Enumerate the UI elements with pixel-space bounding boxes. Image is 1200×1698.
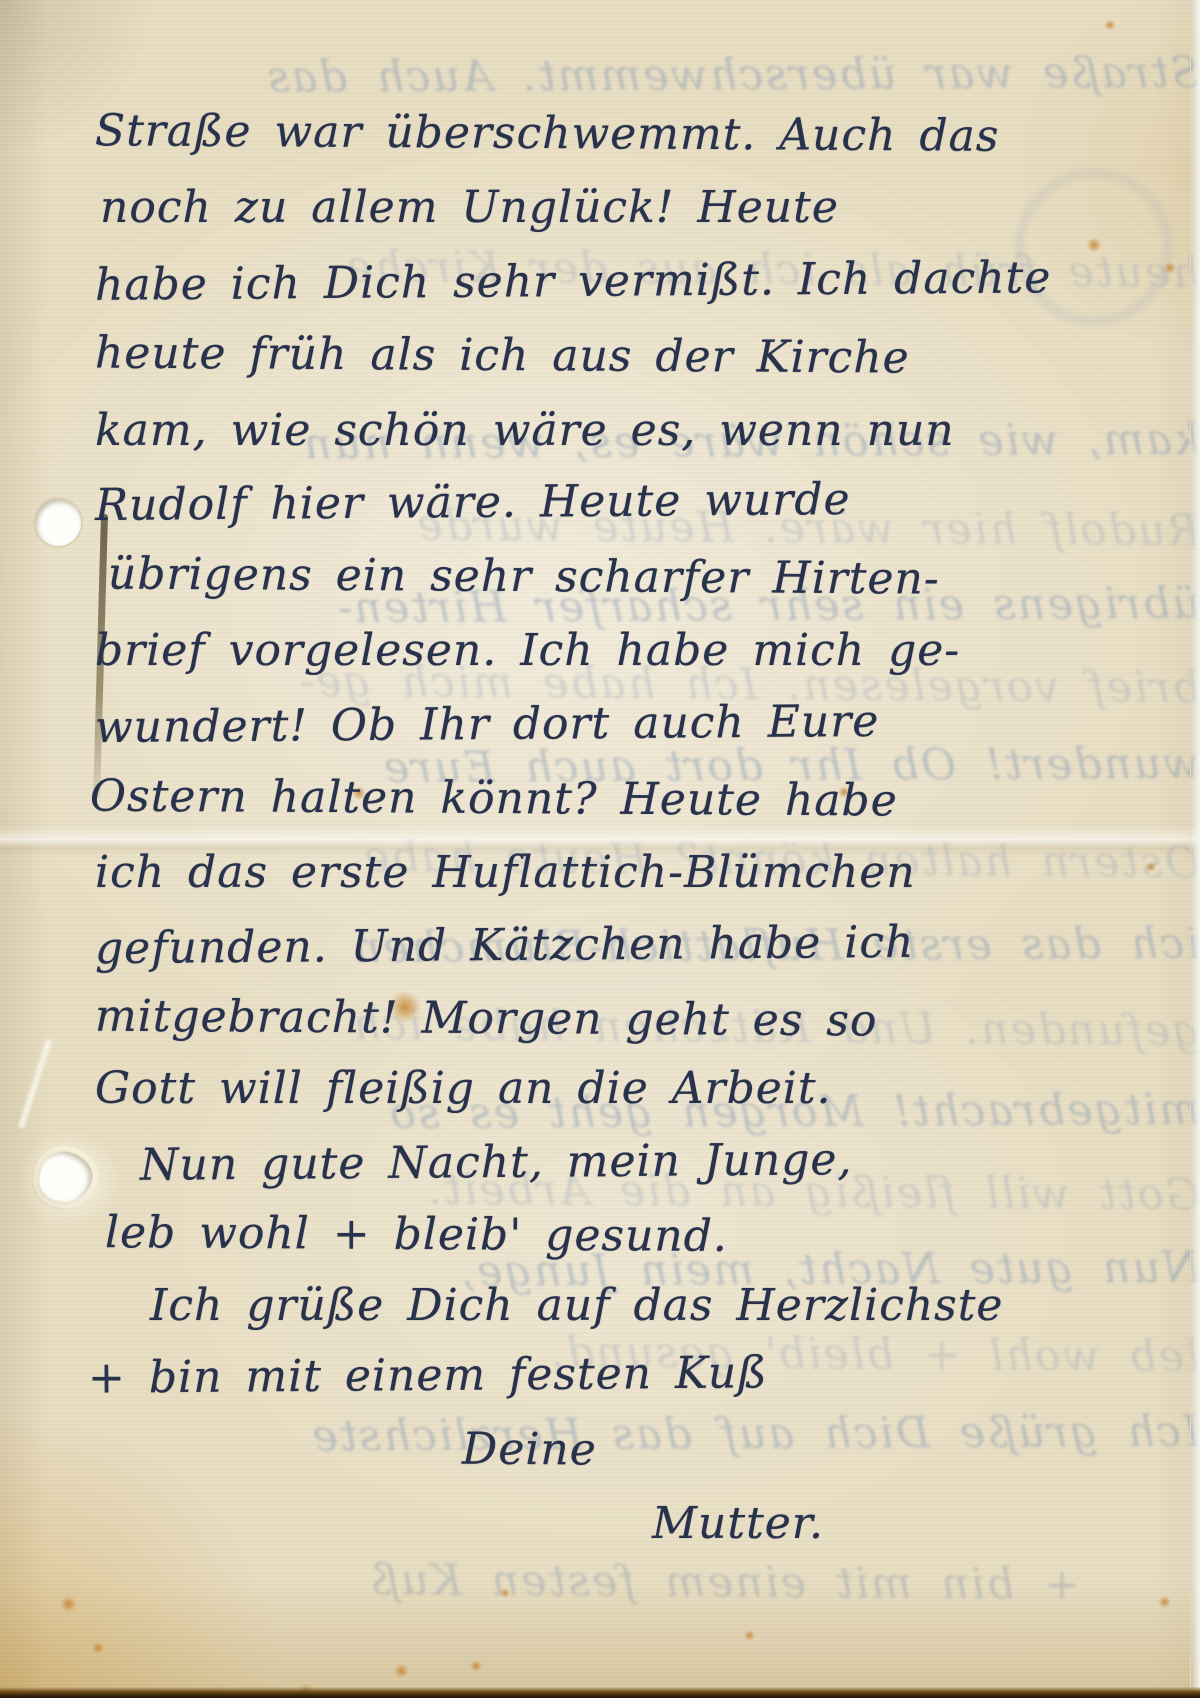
handwritten-line: mitgebracht! Morgen geht es so — [95, 995, 878, 1044]
handwriting-layer: Straße war überschwemmt. Auch das noch z… — [0, 0, 1200, 1698]
handwritten-line: Gott will fleißig an die Arbeit. — [95, 1067, 832, 1111]
closing-valediction: Deine — [462, 1428, 597, 1473]
handwritten-line: kam, wie schön wäre es, wenn nun — [95, 409, 955, 453]
handwritten-line: ich das erste Huflattich-Blümchen — [95, 851, 916, 895]
handwritten-line: Ich grüße Dich auf das Herzlichste — [150, 1284, 1003, 1328]
handwritten-line: noch zu allem Unglück! Heute — [100, 186, 839, 230]
handwritten-line: brief vorgelesen. Ich habe mich ge- — [95, 629, 960, 673]
scan-edge-bottom — [0, 1687, 1200, 1698]
handwritten-line: Ostern halten könnt? Heute habe — [90, 775, 898, 824]
handwritten-line: übrigens ein sehr scharfer Hirten- — [108, 552, 940, 601]
handwritten-line: + bin mit einem festen Kuß — [88, 1351, 768, 1400]
handwritten-line: gefunden. Und Kätzchen habe ich — [95, 921, 915, 971]
handwritten-line: heute früh als ich aus der Kirche — [95, 332, 910, 381]
handwritten-line: leb wohl + bleib' gesund. — [105, 1211, 728, 1259]
handwritten-line: wundert! Ob Ihr dort auch Eure — [95, 700, 880, 750]
letter-page: Straße war überschwemmt. Auch das heute … — [0, 0, 1200, 1698]
signature: Mutter. — [652, 1502, 824, 1546]
handwritten-line: Rudolf hier wäre. Heute wurde — [95, 478, 851, 528]
handwritten-line: Straße war überschwemmt. Auch das — [95, 109, 1000, 159]
handwritten-line: Nun gute Nacht, mein Junge, — [140, 1138, 853, 1188]
handwritten-line: habe ich Dich sehr vermißt. Ich dachte — [95, 256, 1052, 308]
scan-edge-right — [1190, 0, 1200, 1698]
